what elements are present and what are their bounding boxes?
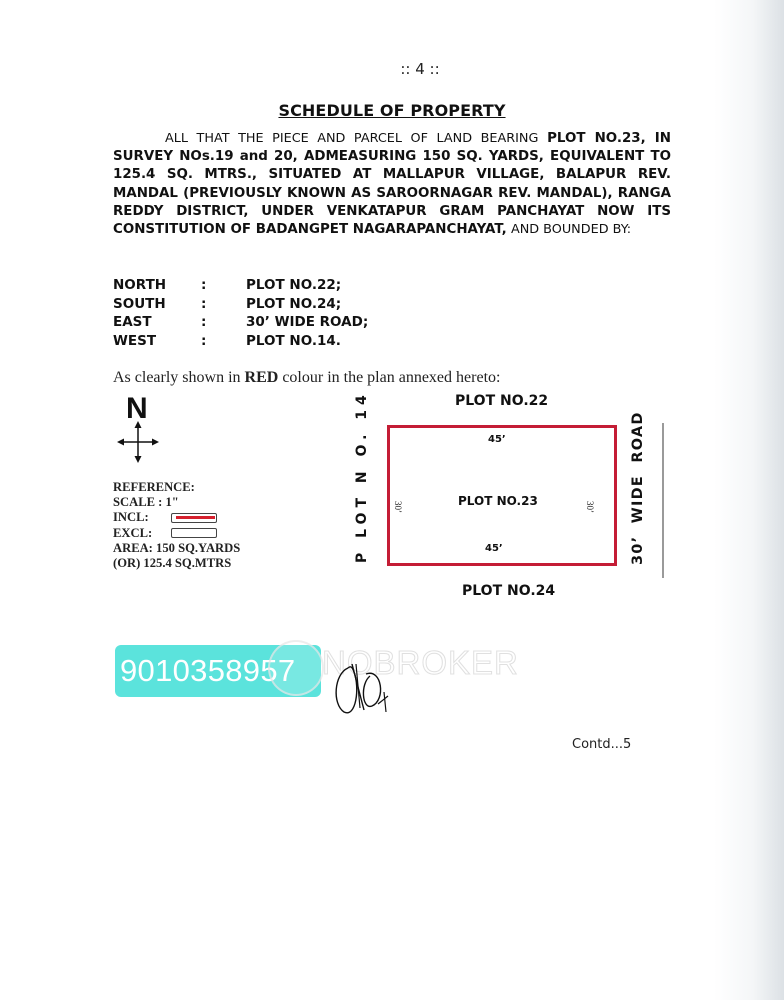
page-title: SCHEDULE OF PROPERTY [0,101,784,120]
watermark-logo-icon [268,640,324,696]
south-neighbor-label: PLOT NO.24 [462,583,555,599]
reference-area-yards: AREA: 150 SQ.YARDS [113,541,240,556]
continued-marker: Contd...5 [572,737,631,752]
road-edge-line [662,423,664,578]
excl-swatch [171,528,217,538]
west-neighbor-label: P LOT N O. 14 [354,390,370,563]
north-neighbor-label: PLOT NO.22 [455,393,548,409]
boundary-direction: WEST [113,332,201,351]
dimension-right: 30’ [585,501,595,513]
boundary-separator: : [201,332,246,351]
reference-scale: SCALE : 1" [113,495,240,510]
boundary-row: SOUTH:PLOT NO.24; [113,295,368,314]
description-lead: ALL THAT THE PIECE AND PARCEL OF LAND BE… [165,131,538,146]
east-road-label: 30’ WIDE ROAD [630,411,646,565]
boundary-direction: EAST [113,313,201,332]
page-number: :: 4 :: [0,60,784,78]
boundary-value: PLOT NO.14. [246,332,341,351]
boundary-row: EAST:30’ WIDE ROAD; [113,313,368,332]
reference-incl: INCL: [113,510,240,525]
excl-label: EXCL: [113,526,171,541]
page-edge-shadow [714,0,784,1000]
incl-label: INCL: [113,510,171,525]
reference-heading: REFERENCE: [113,480,240,495]
property-description: ALL THAT THE PIECE AND PARCEL OF LAND BE… [113,130,671,239]
dimension-left: 30’ [393,501,403,513]
boundary-row: NORTH:PLOT NO.22; [113,276,368,295]
incl-red-swatch [171,513,217,523]
boundaries-list: NORTH:PLOT NO.22; SOUTH:PLOT NO.24; EAST… [113,276,368,350]
dimension-bottom: 45’ [485,543,503,554]
plan-note-red: RED [245,369,279,386]
plot-label: PLOT NO.23 [458,494,538,508]
boundary-value: PLOT NO.22; [246,276,341,295]
boundary-row: WEST:PLOT NO.14. [113,332,368,351]
plan-reference: REFERENCE: SCALE : 1" INCL: EXCL: AREA: … [113,480,240,571]
boundary-separator: : [201,276,246,295]
boundary-value: 30’ WIDE ROAD; [246,313,368,332]
reference-area-meters: (OR) 125.4 SQ.MTRS [113,556,240,571]
description-tail: AND BOUNDED BY: [511,222,631,237]
boundary-separator: : [201,295,246,314]
boundary-value: PLOT NO.24; [246,295,341,314]
boundary-separator: : [201,313,246,332]
signature-scribble [330,660,400,720]
reference-excl: EXCL: [113,526,240,541]
dimension-top: 45’ [488,434,506,445]
plan-note-before: As clearly shown in [113,369,245,386]
site-plan: PLOT NO.22 45’ 45’ 30’ 30’ PLOT NO.23 P … [340,385,680,605]
compass-arrows-icon [116,420,160,464]
plan-note-after: colour in the plan annexed hereto: [278,369,500,386]
boundary-direction: SOUTH [113,295,201,314]
boundary-direction: NORTH [113,276,201,295]
